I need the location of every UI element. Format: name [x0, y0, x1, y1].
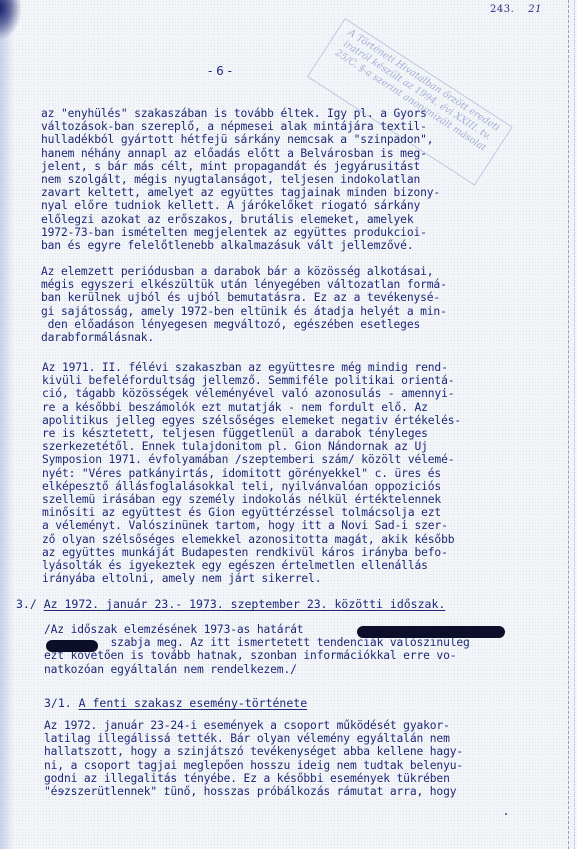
redaction-bar: [46, 640, 98, 652]
text-line: gi sajátosság, amely 1972-ben eltünik és…: [41, 305, 447, 318]
folio-primary: 243.: [490, 4, 514, 15]
scan-speck: [165, 793, 167, 795]
text-line: re a későbbi beszámolók ezt mutatják - n…: [42, 401, 461, 414]
text-line: den előadáson lényegesen megváltozó, egé…: [41, 318, 447, 331]
text-line: darabformálásnak.: [41, 331, 447, 344]
paragraph-2: Az elemzett periódusban a darabok bár a …: [41, 265, 447, 344]
scan-ink-blot: [0, 0, 22, 40]
text-line: ni, a csoport tagjai meglepően hosszu id…: [44, 759, 463, 772]
section-3-1-body: Az 1972. január 23-24-i események a csop…: [44, 719, 463, 798]
text-line: natkozóan egyáltalán nem rendelkezem./: [44, 663, 470, 676]
text-line: godni az illegalitás tényébe. Ez a későb…: [44, 772, 463, 785]
redaction-bar: [357, 626, 505, 638]
text-line: apolitikus jelleg egyes szélsőséges elem…: [42, 414, 461, 427]
text-line: ző olyan szélsőséges elemekkel azonosito…: [42, 533, 461, 546]
text-line: ban kerülnek ujból és ujból bemutatásra.…: [41, 291, 447, 304]
text-line: re is késztetett, teljesen függetlenül a…: [42, 427, 461, 440]
text-line: zavart keltett, amelyet az együttes tagj…: [41, 186, 440, 199]
text-line: lyásolták és igyekeztek egy egészen érte…: [42, 559, 461, 572]
scan-right-border: [568, 0, 569, 849]
text-line: ció, tágabb közösségek véleményével való…: [42, 387, 461, 400]
section-3-1-title: A fenti szakasz esemény-története: [79, 696, 307, 710]
text-line: 1972-73-ban ismételten megjelentek az eg…: [41, 226, 440, 239]
section-3-1-number: 3/1.: [44, 696, 72, 710]
section-3-number: 3./: [16, 597, 37, 611]
text-line: hallatszott, hogy a szinjátszó tevékenys…: [44, 745, 463, 758]
scan-speck: [62, 790, 64, 792]
text-line: változások-ban szereplő, a népmesei alak…: [41, 120, 440, 133]
text-line: nyét: "Véres patkányirtás, idomitott gör…: [42, 467, 461, 480]
paragraph-1: az "enyhülés" szakaszában is tovább élte…: [41, 107, 440, 252]
text-line: ban és egyre felelőtlenebb alkalmazásuk …: [41, 239, 440, 252]
text-line: szerkezetétől. Ennek tulajdonitom pl. Gi…: [42, 440, 461, 453]
text-line: előlegzi azokat az erőszakos, brutális e…: [41, 213, 440, 226]
section-3-title: Az 1972. január 23.- 1973. szeptember 23…: [44, 597, 446, 611]
text-line: latilag illegálissá tették. Bár olyan vé…: [44, 732, 463, 745]
text-line: az együttes munkáját Budapesten rendkivü…: [42, 546, 461, 559]
folio-secondary: 21: [528, 4, 542, 15]
text-line: hulladékból gyártott hétfejü sárkány nem…: [41, 133, 440, 146]
text-line: nem szolgált, mégis nyugtalanságot, telj…: [41, 173, 440, 186]
text-line: Symposion 1971. évfolyamában /szeptember…: [42, 453, 461, 466]
text-line: Az elemzett periódusban a darabok bár a …: [41, 265, 447, 278]
text-line: Az 1972. január 23-24-i események a csop…: [44, 719, 463, 732]
text-line: a véleményt. Valószinünek tartom, hogy i…: [42, 519, 461, 532]
page-number: - 6 -: [0, 64, 440, 78]
text-line: nyal előre tudniok kellett. A járókelőke…: [41, 199, 440, 212]
paragraph-3: Az 1971. II. félévi szakaszban az együtt…: [42, 361, 461, 585]
text-line: irányába eltolni, amely nem járt sikerre…: [42, 572, 461, 585]
text-line: jelent, s bár más célt, mint propagandát…: [41, 160, 440, 173]
scan-speck: [505, 813, 507, 815]
text-line: szabja meg. Az itt ismertetett tendenciá…: [44, 636, 470, 649]
section-3-heading: 3./ Az 1972. január 23.- 1973. szeptembe…: [16, 597, 445, 611]
text-line: minősiti az együttest és Gion együttérzé…: [42, 506, 461, 519]
scan-edge-shadow: [0, 0, 14, 849]
scan-right-border-secondary: [574, 0, 575, 849]
text-line: mégis egyszeri elkészültük után lényegéb…: [41, 278, 447, 291]
text-line: "észszerütlennek" tünő, hosszas próbálko…: [44, 785, 463, 798]
text-line: elképesztő állásfoglalásokkal teli, nyil…: [42, 480, 461, 493]
text-line: kivüli befeléfordultság jellemző. Semmif…: [42, 374, 461, 387]
text-line: az "enyhülés" szakaszában is tovább élte…: [41, 107, 440, 120]
folio-number: 243.21: [490, 4, 542, 15]
text-line: Az 1971. II. félévi szakaszban az együtt…: [42, 361, 461, 374]
text-line: szellemü irásában egy személy indokolás …: [42, 493, 461, 506]
section-3-1-heading: 3/1. A fenti szakasz esemény-története: [44, 696, 307, 710]
text-line: hanem néhány annapl az előadás előtt a B…: [41, 147, 440, 160]
text-line: ezt követően is tovább hatnak, szonban i…: [44, 649, 470, 662]
